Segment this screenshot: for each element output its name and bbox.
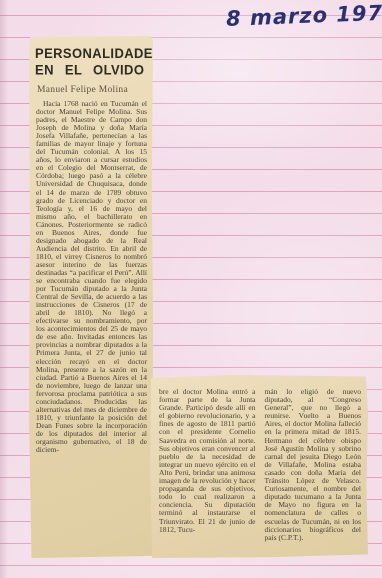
article-headline: PERSONALIDADES EN EL OLVIDO [35,45,150,78]
article-column-2: bre el doctor Molina entró a formar part… [159,388,256,558]
headline-line-1: PERSONALIDADES [35,45,150,61]
headline-line-2: EN EL OLVIDO [35,62,150,78]
article-subtitle: Manuel Felipe Molina [37,85,153,95]
newspaper-clipping-left-strip: PERSONALIDADES EN EL OLVIDO Manuel Felip… [29,36,153,558]
article-column-1: Hacia 1768 nació en Tucumán el doctor Ma… [36,100,147,454]
newspaper-clipping-bottom-block: bre el doctor Molina entró a formar part… [150,375,368,558]
article-column-3: mán lo eligió de nuevo diputado, al “Con… [265,388,362,558]
